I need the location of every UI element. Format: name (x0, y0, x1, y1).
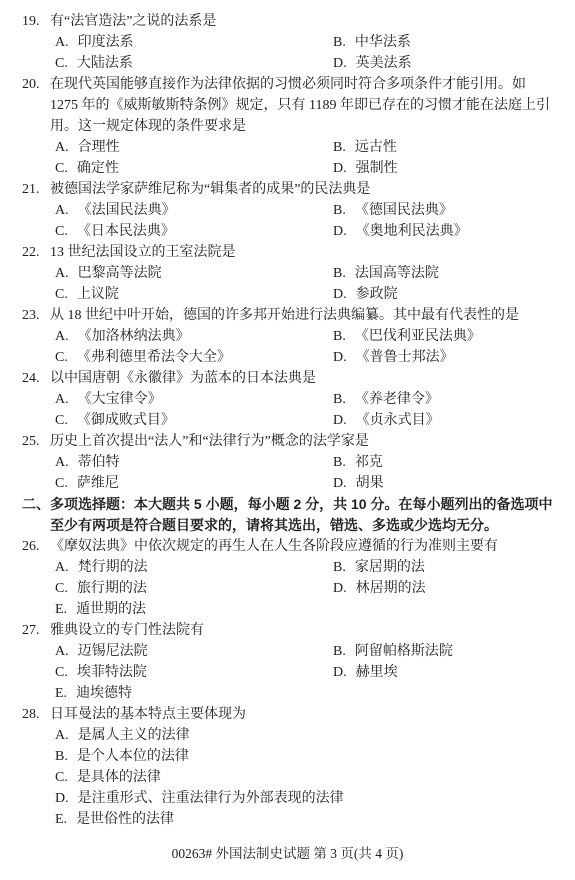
question-stem: 历史上首次提出“法人”和“法律行为”概念的法学家是 (50, 434, 369, 449)
option-b: B.《巴伐利亚民法典》 (333, 326, 555, 347)
option-c: C.埃菲特法院 (55, 662, 333, 683)
option-d: D.《贞永式目》 (333, 410, 555, 431)
option-e: E.遁世期的法 (55, 599, 555, 620)
option-label: C. (55, 662, 68, 683)
option-row: A.合理性 B.远古性 (22, 137, 555, 158)
question-stem-line: 20.在现代英国能够直接作为法律依据的习惯必须同时符合多项条件才能引用。如 12… (22, 74, 555, 137)
section-marker: 二、 (22, 494, 50, 515)
option-text: 《法国民法典》 (78, 203, 176, 218)
option-row: E.遁世期的法 (22, 599, 555, 620)
question-20: 20.在现代英国能够直接作为法律依据的习惯必须同时符合多项条件才能引用。如 12… (22, 74, 555, 179)
option-d: D.胡果 (333, 473, 555, 494)
option-b: B.法国高等法院 (333, 263, 555, 284)
option-label: B. (333, 389, 346, 410)
question-stem: 日耳曼法的基本特点主要体现为 (50, 707, 246, 722)
question-stem-line: 24.以中国唐朝《永徽律》为蓝本的日本法典是 (22, 368, 555, 389)
option-label: C. (55, 284, 68, 305)
option-text: 《大宝律令》 (78, 392, 162, 407)
option-row: A.是属人主义的法律 (22, 725, 555, 746)
option-text: 《巴伐利亚民法典》 (355, 329, 481, 344)
option-d: D.《奥地利民法典》 (333, 221, 555, 242)
option-text: 蒂伯特 (78, 455, 120, 470)
option-label: D. (333, 221, 347, 242)
option-label: B. (333, 200, 346, 221)
option-row: C.《御成败式目》 D.《贞永式目》 (22, 410, 555, 431)
option-row: A.《大宝律令》 B.《养老律令》 (22, 389, 555, 410)
option-label: C. (55, 578, 68, 599)
option-c: C.确定性 (55, 158, 333, 179)
question-23: 23.从 18 世纪中叶开始，德国的许多邦开始进行法典编纂。其中最有代表性的是 … (22, 305, 555, 368)
option-d: D.强制性 (333, 158, 555, 179)
option-c: C.大陆法系 (55, 53, 333, 74)
option-text: 英美法系 (356, 56, 412, 71)
option-text: 是注重形式、注重法律行为外部表现的法律 (78, 791, 344, 806)
option-row: C.旅行期的法 D.林居期的法 (22, 578, 555, 599)
option-label: A. (55, 326, 69, 347)
question-number: 19. (22, 11, 40, 32)
option-text: 《奥地利民法典》 (356, 224, 468, 239)
question-number: 20. (22, 74, 40, 95)
option-label: D. (333, 284, 347, 305)
question-stem-line: 27.雅典设立的专门性法院有 (22, 620, 555, 641)
question-22: 22.13 世纪法国设立的王室法院是 A.巴黎高等法院 B.法国高等法院 C.上… (22, 242, 555, 305)
option-text: 胡果 (356, 476, 384, 491)
option-text: 埃菲特法院 (77, 665, 147, 680)
option-label: C. (55, 410, 68, 431)
option-label: D. (333, 158, 347, 179)
option-label: A. (55, 32, 69, 53)
option-label: A. (55, 389, 69, 410)
option-b: B.阿留帕格斯法院 (333, 641, 555, 662)
question-26: 26.《摩奴法典》中依次规定的再生人在人生各阶段应遵循的行为准则主要有 A.梵行… (22, 536, 555, 620)
option-c: C.《日本民法典》 (55, 221, 333, 242)
option-c: C.萨维尼 (55, 473, 333, 494)
question-stem-line: 28.日耳曼法的基本特点主要体现为 (22, 704, 555, 725)
option-label: D. (333, 347, 347, 368)
option-label: C. (55, 221, 68, 242)
option-a: A.《加洛林纳法典》 (55, 326, 333, 347)
question-stem-line: 25.历史上首次提出“法人”和“法律行为”概念的法学家是 (22, 431, 555, 452)
option-row: C.确定性 D.强制性 (22, 158, 555, 179)
exam-page: 19.有“法官造法”之说的法系是 A.印度法系 B.中华法系 C.大陆法系 D.… (0, 0, 575, 880)
option-text: 遁世期的法 (76, 602, 146, 617)
option-b: B.家居期的法 (333, 557, 555, 578)
question-stem-line: 22.13 世纪法国设立的王室法院是 (22, 242, 555, 263)
option-row: A.迈锡尼法院 B.阿留帕格斯法院 (22, 641, 555, 662)
option-text: 远古性 (355, 140, 397, 155)
option-a: A.是属人主义的法律 (55, 725, 555, 746)
option-label: E. (55, 809, 67, 830)
option-label: B. (333, 326, 346, 347)
option-label: A. (55, 200, 69, 221)
option-text: 《御成败式目》 (77, 413, 175, 428)
option-row: E.迪埃德特 (22, 683, 555, 704)
option-d: D.是注重形式、注重法律行为外部表现的法律 (55, 788, 555, 809)
option-d: D.林居期的法 (333, 578, 555, 599)
option-text: 《弗利德里希法令大全》 (77, 350, 231, 365)
option-label: A. (55, 452, 69, 473)
option-text: 是世俗性的法律 (76, 812, 174, 827)
option-row: A.梵行期的法 B.家居期的法 (22, 557, 555, 578)
question-stem: 从 18 世纪中叶开始，德国的许多邦开始进行法典编纂。其中最有代表性的是 (50, 308, 519, 323)
option-text: 祁克 (355, 455, 383, 470)
option-e: E.是世俗性的法律 (55, 809, 555, 830)
question-stem-line: 19.有“法官造法”之说的法系是 (22, 11, 555, 32)
section-text: 多项选择题：本大题共 5 小题，每小题 2 分，共 10 分。在每小题列出的备选… (50, 496, 552, 533)
option-label: C. (55, 53, 68, 74)
question-stem: 以中国唐朝《永徽律》为蓝本的日本法典是 (50, 371, 316, 386)
question-27: 27.雅典设立的专门性法院有 A.迈锡尼法院 B.阿留帕格斯法院 C.埃菲特法院… (22, 620, 555, 704)
option-d: D.赫里埃 (333, 662, 555, 683)
question-stem-line: 21.被德国法学家萨维尼称为“辑集者的成果”的民法典是 (22, 179, 555, 200)
option-row: C.萨维尼 D.胡果 (22, 473, 555, 494)
option-label: B. (333, 641, 346, 662)
option-row: A.《加洛林纳法典》 B.《巴伐利亚民法典》 (22, 326, 555, 347)
option-label: A. (55, 641, 69, 662)
option-text: 阿留帕格斯法院 (355, 644, 453, 659)
option-label: D. (55, 788, 69, 809)
option-text: 《养老律令》 (355, 392, 439, 407)
option-b: B.《德国民法典》 (333, 200, 555, 221)
option-a: A.梵行期的法 (55, 557, 333, 578)
option-a: A.《大宝律令》 (55, 389, 333, 410)
question-28: 28.日耳曼法的基本特点主要体现为 A.是属人主义的法律 B.是个人本位的法律 … (22, 704, 555, 830)
option-text: 印度法系 (78, 35, 134, 50)
option-label: B. (333, 263, 346, 284)
option-row: B.是个人本位的法律 (22, 746, 555, 767)
option-label: C. (55, 473, 68, 494)
option-text: 合理性 (78, 140, 120, 155)
option-label: D. (333, 578, 347, 599)
option-e: E.迪埃德特 (55, 683, 555, 704)
option-text: 法国高等法院 (355, 266, 439, 281)
option-label: A. (55, 557, 69, 578)
question-stem-line: 26.《摩奴法典》中依次规定的再生人在人生各阶段应遵循的行为准则主要有 (22, 536, 555, 557)
option-text: 是个人本位的法律 (77, 749, 189, 764)
question-number: 27. (22, 620, 40, 641)
option-c: C.是具体的法律 (55, 767, 555, 788)
question-number: 25. (22, 431, 40, 452)
option-label: D. (333, 662, 347, 683)
option-b: B.是个人本位的法律 (55, 746, 555, 767)
option-d: D.英美法系 (333, 53, 555, 74)
option-text: 《普鲁士邦法》 (356, 350, 454, 365)
option-row: C.大陆法系 D.英美法系 (22, 53, 555, 74)
option-row: C.埃菲特法院 D.赫里埃 (22, 662, 555, 683)
option-b: B.祁克 (333, 452, 555, 473)
option-a: A.《法国民法典》 (55, 200, 333, 221)
option-text: 萨维尼 (77, 476, 119, 491)
option-label: C. (55, 158, 68, 179)
question-19: 19.有“法官造法”之说的法系是 A.印度法系 B.中华法系 C.大陆法系 D.… (22, 11, 555, 74)
option-label: D. (333, 53, 347, 74)
option-c: C.《御成败式目》 (55, 410, 333, 431)
option-label: D. (333, 473, 347, 494)
option-label: D. (333, 410, 347, 431)
option-c: C.旅行期的法 (55, 578, 333, 599)
option-b: B.远古性 (333, 137, 555, 158)
option-text: 迈锡尼法院 (78, 644, 148, 659)
question-stem: 《摩奴法典》中依次规定的再生人在人生各阶段应遵循的行为准则主要有 (50, 539, 498, 554)
question-number: 22. (22, 242, 40, 263)
option-text: 是属人主义的法律 (78, 728, 190, 743)
option-d: D.参政院 (333, 284, 555, 305)
option-text: 上议院 (77, 287, 119, 302)
question-number: 24. (22, 368, 40, 389)
option-text: 迪埃德特 (76, 686, 132, 701)
question-21: 21.被德国法学家萨维尼称为“辑集者的成果”的民法典是 A.《法国民法典》 B.… (22, 179, 555, 242)
option-row: E.是世俗性的法律 (22, 809, 555, 830)
option-row: A.巴黎高等法院 B.法国高等法院 (22, 263, 555, 284)
question-stem: 13 世纪法国设立的王室法院是 (50, 245, 236, 260)
option-a: A.印度法系 (55, 32, 333, 53)
option-row: A.蒂伯特 B.祁克 (22, 452, 555, 473)
option-row: D.是注重形式、注重法律行为外部表现的法律 (22, 788, 555, 809)
question-stem: 在现代英国能够直接作为法律依据的习惯必须同时符合多项条件才能引用。如 1275 … (50, 77, 550, 134)
option-label: B. (333, 557, 346, 578)
option-a: A.迈锡尼法院 (55, 641, 333, 662)
option-text: 参政院 (356, 287, 398, 302)
option-label: B. (55, 746, 68, 767)
option-text: 《日本民法典》 (77, 224, 175, 239)
option-label: A. (55, 263, 69, 284)
option-label: E. (55, 683, 67, 704)
option-text: 大陆法系 (77, 56, 133, 71)
option-text: 林居期的法 (356, 581, 426, 596)
option-text: 家居期的法 (355, 560, 425, 575)
option-text: 强制性 (356, 161, 398, 176)
option-label: A. (55, 137, 69, 158)
question-number: 26. (22, 536, 40, 557)
option-text: 旅行期的法 (77, 581, 147, 596)
option-row: C.是具体的法律 (22, 767, 555, 788)
question-24: 24.以中国唐朝《永徽律》为蓝本的日本法典是 A.《大宝律令》 B.《养老律令》… (22, 368, 555, 431)
section-heading: 二、多项选择题：本大题共 5 小题，每小题 2 分，共 10 分。在每小题列出的… (22, 494, 555, 536)
option-label: E. (55, 599, 67, 620)
option-text: 是具体的法律 (77, 770, 161, 785)
option-label: B. (333, 137, 346, 158)
option-text: 《贞永式目》 (356, 413, 440, 428)
option-row: C.上议院 D.参政院 (22, 284, 555, 305)
page-footer: 00263# 外国法制史试题 第 3 页(共 4 页) (0, 843, 575, 864)
option-label: C. (55, 347, 68, 368)
option-row: C.《日本民法典》 D.《奥地利民法典》 (22, 221, 555, 242)
question-25: 25.历史上首次提出“法人”和“法律行为”概念的法学家是 A.蒂伯特 B.祁克 … (22, 431, 555, 494)
option-text: 梵行期的法 (78, 560, 148, 575)
option-label: C. (55, 767, 68, 788)
option-text: 赫里埃 (356, 665, 398, 680)
option-a: A.合理性 (55, 137, 333, 158)
question-number: 21. (22, 179, 40, 200)
question-number: 28. (22, 704, 40, 725)
option-b: B.中华法系 (333, 32, 555, 53)
option-text: 《德国民法典》 (355, 203, 453, 218)
option-text: 确定性 (77, 161, 119, 176)
option-a: A.巴黎高等法院 (55, 263, 333, 284)
question-stem: 雅典设立的专门性法院有 (50, 623, 204, 638)
option-c: C.《弗利德里希法令大全》 (55, 347, 333, 368)
option-label: A. (55, 725, 69, 746)
option-text: 《加洛林纳法典》 (78, 329, 190, 344)
option-label: B. (333, 452, 346, 473)
option-row: A.《法国民法典》 B.《德国民法典》 (22, 200, 555, 221)
option-label: B. (333, 32, 346, 53)
option-row: C.《弗利德里希法令大全》 D.《普鲁士邦法》 (22, 347, 555, 368)
option-row: A.印度法系 B.中华法系 (22, 32, 555, 53)
question-stem-line: 23.从 18 世纪中叶开始，德国的许多邦开始进行法典编纂。其中最有代表性的是 (22, 305, 555, 326)
option-text: 巴黎高等法院 (78, 266, 162, 281)
option-d: D.《普鲁士邦法》 (333, 347, 555, 368)
question-number: 23. (22, 305, 40, 326)
option-text: 中华法系 (355, 35, 411, 50)
option-c: C.上议院 (55, 284, 333, 305)
option-a: A.蒂伯特 (55, 452, 333, 473)
question-stem: 有“法官造法”之说的法系是 (50, 14, 216, 29)
option-b: B.《养老律令》 (333, 389, 555, 410)
question-stem: 被德国法学家萨维尼称为“辑集者的成果”的民法典是 (50, 182, 370, 197)
